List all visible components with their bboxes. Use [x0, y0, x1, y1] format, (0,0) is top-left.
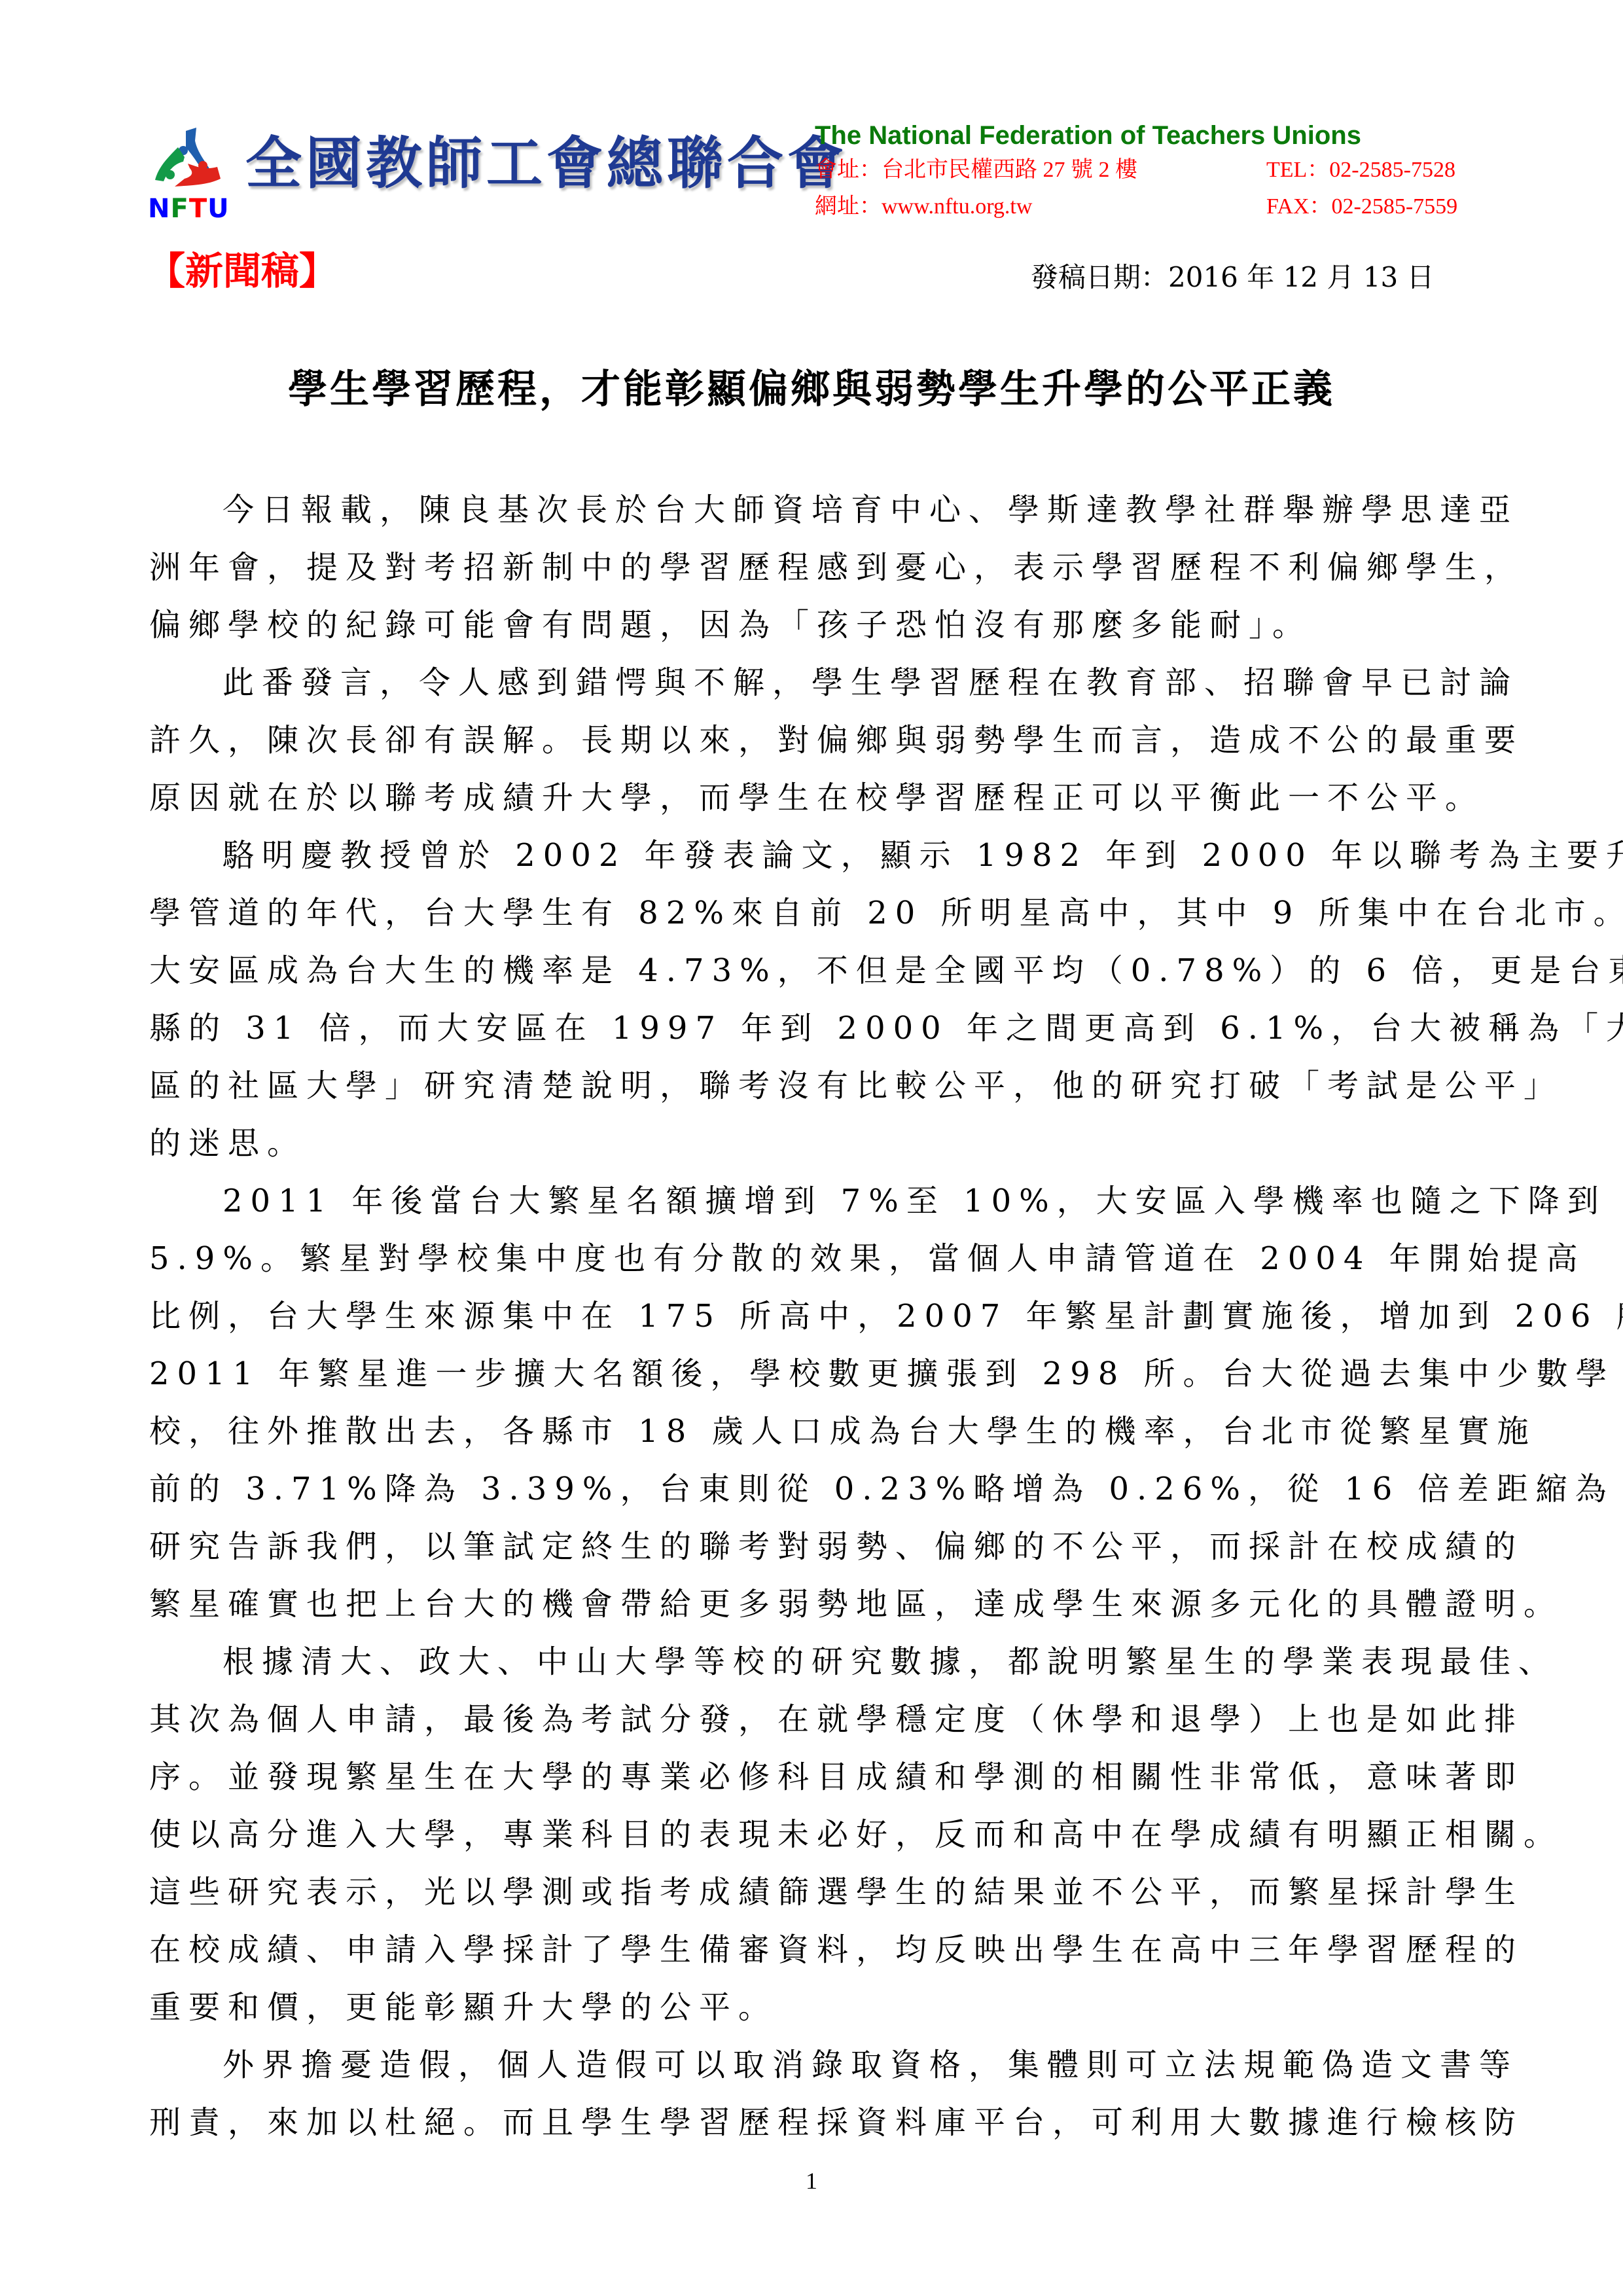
text-line: 2011 年後當台大繁星名額擴增到 7%至 10%，大安區入學機率也隨之下降到 [149, 1172, 1478, 1230]
people-circle-icon [152, 128, 224, 193]
text-line: 這些研究表示，光以學測或指考成績篩選學生的結果並不公平，而繁星採計學生 [149, 1863, 1478, 1921]
text-line: 的迷思。 [149, 1115, 1478, 1172]
text-line: 大安區成為台大生的機率是 4.73%，不但是全國平均（0.78%）的 6 倍，更… [149, 942, 1478, 999]
document-page: NFTU 全國教師工會總聯合會 The National Federation … [0, 0, 1623, 2296]
text-line: 此番發言，令人感到錯愕與不解，學生學習歷程在教育部、招聯會早已討論 [149, 654, 1478, 711]
text-line: 重要和價，更能彰顯升大學的公平。 [149, 1979, 1478, 2036]
text-line: 偏鄉學校的紀錄可能會有問題，因為「孩子恐怕沒有那麼多能耐」。 [149, 596, 1478, 654]
fax: FAX：02-2585-7559 [1266, 194, 1457, 220]
text-line: 今日報載，陳良基次長於台大師資培育中心、學斯達教學社群舉辦學思達亞 [149, 481, 1478, 539]
headline: 學生學習歷程，才能彰顯偏鄉與弱勢學生升學的公平正義 [0, 363, 1623, 416]
text-line: 繁星確實也把上台大的機會帶給更多弱勢地區，達成學生來源多元化的具體證明。 [149, 1575, 1478, 1633]
text-line: 駱明慶教授曾於 2002 年發表論文，顯示 1982 年到 2000 年以聯考為… [149, 827, 1478, 884]
text-line: 根據清大、政大、中山大學等校的研究數據，都說明繁星生的學業表現最佳、 [149, 1633, 1478, 1691]
text-line: 2011 年繁星進一步擴大名額後，學校數更擴張到 298 所。台大從過去集中少數… [149, 1345, 1478, 1403]
text-line: 研究告訴我們，以筆試定終生的聯考對弱勢、偏鄉的不公平，而採計在校成績的 [149, 1518, 1478, 1575]
text-line: 學管道的年代，台大學生有 82%來自前 20 所明星高中，其中 9 所集中在台北… [149, 884, 1478, 942]
release-date: 發稿日期：2016 年 12 月 13 日 [1031, 260, 1435, 295]
text-line: 使以高分進入大學，專業科目的表現未必好，反而和高中在學成績有明顯正相關。 [149, 1806, 1478, 1863]
text-line: 其次為個人申請，最後為考試分發，在就學穩定度（休學和退學）上也是如此排 [149, 1691, 1478, 1748]
article-body: 今日報載，陳良基次長於台大師資培育中心、學斯達教學社群舉辦學思達亞 洲年會，提及… [149, 481, 1478, 2151]
text-line: 序。並發現繁星生在大學的專業必修科目成績和學測的相關性非常低，意味著即 [149, 1748, 1478, 1806]
text-line: 校，往外推散出去，各縣市 18 歲人口成為台大學生的機率，台北市從繁星實施 [149, 1403, 1478, 1460]
text-line: 區的社區大學」研究清楚說明，聯考沒有比較公平，他的研究打破「考試是公平」 [149, 1057, 1478, 1115]
text-line: 縣的 31 倍，而大安區在 1997 年到 2000 年之間更高到 6.1%，台… [149, 999, 1478, 1057]
text-line: 比例，台大學生來源集中在 175 所高中，2007 年繁星計劃實施後，增加到 2… [149, 1287, 1478, 1345]
text-line: 刑責，來加以杜絕。而且學生學習歷程採資料庫平台，可利用大數據進行檢核防 [149, 2094, 1478, 2151]
org-name-chinese: 全國教師工會總聯合會 [245, 131, 847, 196]
website[interactable]: 網址：www.nftu.org.tw [815, 194, 1032, 220]
text-line: 前的 3.71%降為 3.39%，台東則從 0.23%略增為 0.26%，從 1… [149, 1460, 1478, 1518]
org-name-english: The National Federation of Teachers Unio… [815, 120, 1361, 151]
press-release-tag: 【新聞稿】 [147, 247, 337, 295]
address: 會址：台北市民權西路 27 號 2 樓 [815, 157, 1137, 183]
text-line: 外界擔憂造假，個人造假可以取消錄取資格，集體則可立法規範偽造文書等 [149, 2036, 1478, 2094]
text-line: 在校成績、申請入學採計了學生備審資料，均反映出學生在高中三年學習歷程的 [149, 1921, 1478, 1979]
text-line: 許久，陳次長卻有誤解。長期以來，對偏鄉與弱勢學生而言，造成不公的最重要 [149, 711, 1478, 769]
nftu-logo: NFTU [145, 128, 230, 226]
text-line: 5.9%。繁星對學校集中度也有分散的效果，當個人申請管道在 2004 年開始提高 [149, 1230, 1478, 1287]
text-line: 原因就在於以聯考成績升大學，而學生在校學習歷程正可以平衡此一不公平。 [149, 769, 1478, 827]
text-line: 洲年會，提及對考招新制中的學習歷程感到憂心，表示學習歷程不利偏鄉學生， [149, 539, 1478, 596]
logo-wordmark: NFTU [148, 194, 230, 223]
page-number: 1 [0, 2166, 1623, 2195]
telephone: TEL：02-2585-7528 [1266, 157, 1455, 183]
